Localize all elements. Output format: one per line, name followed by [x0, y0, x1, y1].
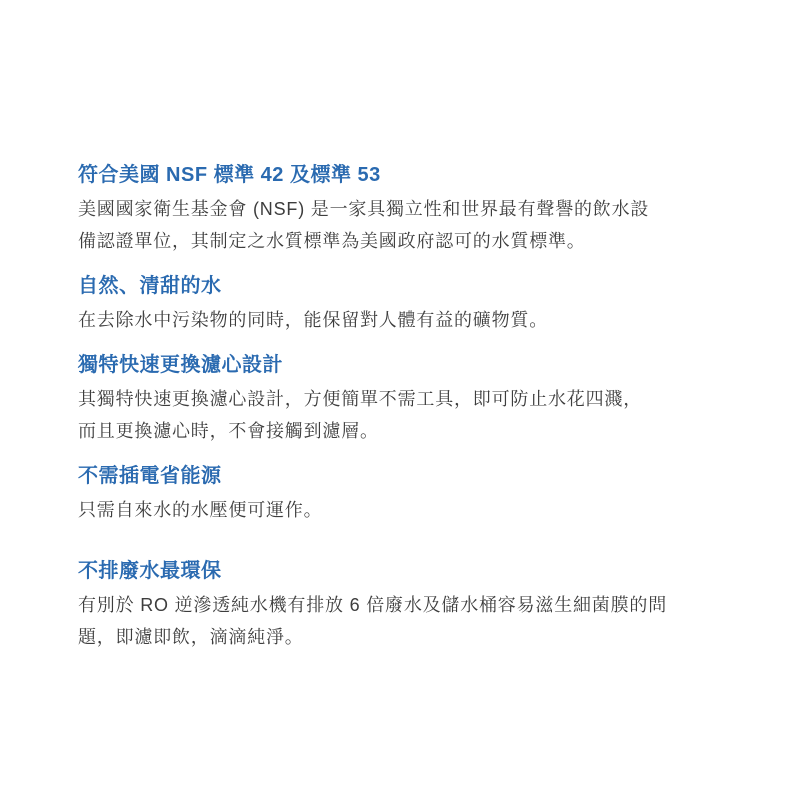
section-quick-filter-change: 獨特快速更換濾心設計 其獨特快速更換濾心設計，方便簡單不需工具，即可防止水花四濺…: [78, 351, 700, 447]
section-nsf-standards: 符合美國 NSF 標準 42 及標準 53 美國國家衛生基金會 (NSF) 是一…: [78, 161, 700, 257]
body-line: 在去除水中污染物的同時，能保留對人體有益的礦物質。: [78, 304, 700, 336]
section-no-electricity: 不需插電省能源 只需自來水的水壓便可運作。: [78, 462, 700, 526]
section-heading: 不排廢水最環保: [78, 557, 700, 585]
body-line: 備認證單位，其制定之水質標準為美國政府認可的水質標準。: [78, 225, 700, 257]
section-heading: 自然、清甜的水: [78, 272, 700, 300]
section-heading: 不需插電省能源: [78, 462, 700, 490]
section-heading: 符合美國 NSF 標準 42 及標準 53: [78, 161, 700, 189]
section-natural-sweet-water: 自然、清甜的水 在去除水中污染物的同時，能保留對人體有益的礦物質。: [78, 272, 700, 336]
section-no-wastewater: 不排廢水最環保 有別於 RO 逆滲透純水機有排放 6 倍廢水及儲水桶容易滋生細菌…: [78, 557, 700, 653]
product-description-page: 符合美國 NSF 標準 42 及標準 53 美國國家衛生基金會 (NSF) 是一…: [0, 0, 800, 800]
body-line: 只需自來水的水壓便可運作。: [78, 494, 700, 526]
body-line: 而且更換濾心時，不會接觸到濾層。: [78, 415, 700, 447]
body-line: 題，即濾即飲，滴滴純淨。: [78, 621, 700, 653]
body-line: 其獨特快速更換濾心設計，方便簡單不需工具，即可防止水花四濺，: [78, 383, 700, 415]
section-heading: 獨特快速更換濾心設計: [78, 351, 700, 379]
body-line: 有別於 RO 逆滲透純水機有排放 6 倍廢水及儲水桶容易滋生細菌膜的問: [78, 589, 700, 621]
body-line: 美國國家衛生基金會 (NSF) 是一家具獨立性和世界最有聲譽的飲水設: [78, 193, 700, 225]
